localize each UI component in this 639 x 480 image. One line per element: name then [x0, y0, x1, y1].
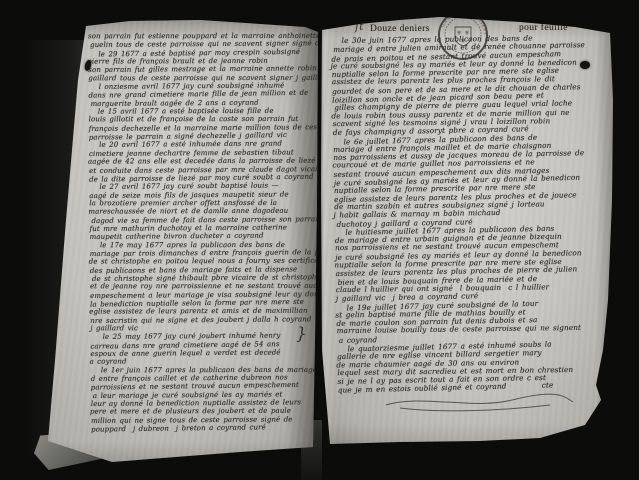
manuscript-line: a leur mariage je curé soubsigné les ay … — [93, 390, 321, 400]
left-page-text: son parrain fut estienne pouppard et la … — [88, 31, 319, 433]
manuscript-line: dagod vie sa femme de fait dans ceste pa… — [91, 215, 319, 225]
manuscript-line: de st christophe en poitou lequel nous a… — [89, 257, 317, 266]
manuscript-scan: son parrain fut estienne pouppard et la … — [0, 0, 639, 480]
manuscript-line: a coyrand — [90, 357, 318, 366]
manuscript-line: pouppard j dubreon j breton a coyrand cu… — [91, 423, 319, 434]
manuscript-line: aagée de 42 ans elle est decedée dans la… — [88, 157, 316, 166]
printed-header-douze-deniers: Douze deniers — [370, 24, 430, 34]
right-page: ſt Douze deniers pour feuille GNALITE · … — [318, 12, 620, 454]
manuscript-line: gaillard tous de ceste parroisse qui ne … — [88, 74, 316, 83]
manuscript-line: pierre fils de françois brault et de jea… — [87, 57, 315, 66]
signature-flourish-icon — [380, 390, 580, 414]
manuscript-line: le 1er juin 1677 apres la publicaon des … — [91, 366, 319, 375]
header-paraph-mark: ſt — [355, 20, 364, 33]
manuscript-line: eglise assistez de leurs parentz et amis… — [89, 307, 317, 316]
manuscript-line: et de jeanne roy nre parroissienne et ne… — [90, 282, 318, 291]
margin-bracket: } — [296, 324, 307, 344]
left-page: son parrain fut estienne pouppard et la … — [40, 18, 320, 468]
manuscript-line: louis gillotit et de françoise de la cos… — [89, 115, 317, 124]
manuscript-line: pere et mere et de plusieurs des joubert… — [90, 407, 318, 416]
manuscript-line: le 17e may 1677 apres la publicaon des b… — [90, 240, 318, 249]
printed-header-pour-feuille: pour feuille — [519, 23, 568, 33]
right-page-text: le 30e juin 1677 apres la publicaon des … — [331, 33, 622, 395]
ink-blot — [580, 61, 590, 69]
